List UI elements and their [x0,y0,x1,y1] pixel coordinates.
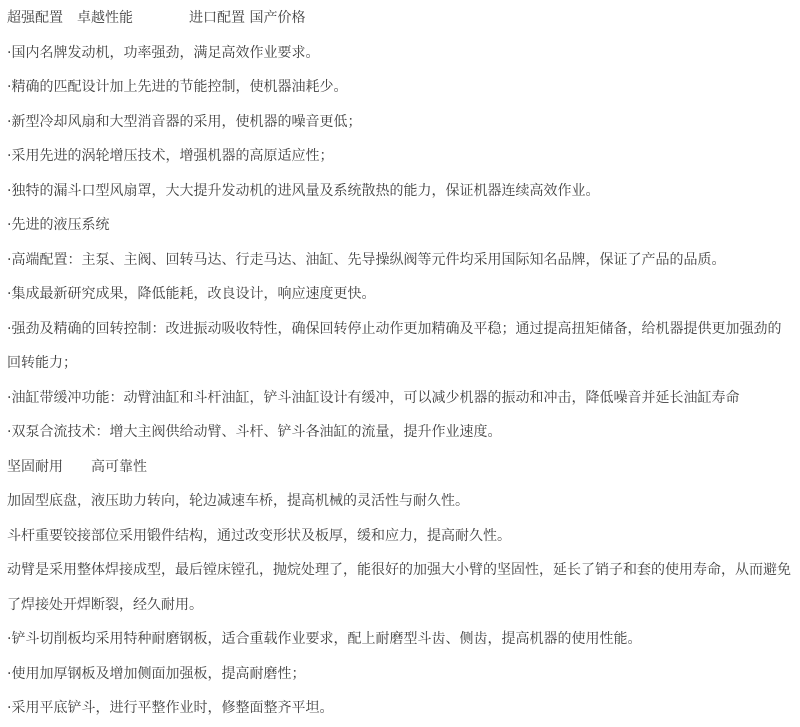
feature-bullet-swing-control: ·强劲及精确的回转控制：改进振动吸收特性，确保回转停止动作更加精确及平稳；通过提… [7,312,794,381]
feature-bullet-flat-bucket: ·采用平底铲斗，进行平整作业时，修整面整齐平坦。 [7,691,794,726]
feature-bullet-turbocharge: ·采用先进的涡轮增压技术，增强机器的高原适应性； [7,139,794,174]
section-heading-durability: 坚固耐用 高可靠性 [7,450,794,485]
feature-bullet-cylinder-cushion: ·油缸带缓冲功能：动臂油缸和斗杆油缸，铲斗油缸设计有缓冲，可以减少机器的振动和冲… [7,381,794,416]
feature-bullet-thick-steel: ·使用加厚钢板及增加侧面加强板，提高耐磨性； [7,657,794,692]
feature-bullet-wear-plate: ·铲斗切削板均采用特种耐磨钢板，适合重载作业要求，配上耐磨型斗齿、侧齿，提高机器… [7,622,794,657]
feature-bullet-low-noise: ·新型冷却风扇和大型消音器的采用，使机器的噪音更低； [7,105,794,140]
document-body: 超强配置 卓越性能 进口配置 国产价格 ·国内名牌发动机，功率强劲，满足高效作业… [0,0,800,727]
durability-paragraph-chassis: 加固型底盘，液压助力转向，轮边减速车桥，提高机械的灵活性与耐久性。 [7,484,794,519]
durability-paragraph-arm-forging: 斗杆重要铰接部位采用锻件结构，通过改变形状及板厚，缓和应力，提高耐久性。 [7,519,794,554]
feature-bullet-dual-pump: ·双泵合流技术：增大主阀供给动臂、斗杆、铲斗各油缸的流量，提升作业速度。 [7,415,794,450]
feature-bullet-engine-brand: ·国内名牌发动机，功率强劲，满足高效作业要求。 [7,36,794,71]
section-heading-performance: 超强配置 卓越性能 进口配置 国产价格 [7,1,794,36]
feature-bullet-premium-parts: ·高端配置：主泵、主阀、回转马达、行走马达、油缸、先导操纵阀等元件均采用国际知名… [7,243,794,278]
feature-bullet-hydraulic-system: ·先进的液压系统 [7,208,794,243]
durability-paragraph-boom-weld: 动臂是采用整体焊接成型，最后镗床镗孔，抛烷处理了，能很好的加强大小臂的坚固性，延… [7,553,794,622]
feature-bullet-fan-shroud: ·独特的漏斗口型风扇罩，大大提升发动机的进风量及系统散热的能力，保证机器连续高效… [7,174,794,209]
feature-bullet-fuel-economy: ·精确的匹配设计加上先进的节能控制，使机器油耗少。 [7,70,794,105]
feature-bullet-research: ·集成最新研究成果，降低能耗，改良设计，响应速度更快。 [7,277,794,312]
